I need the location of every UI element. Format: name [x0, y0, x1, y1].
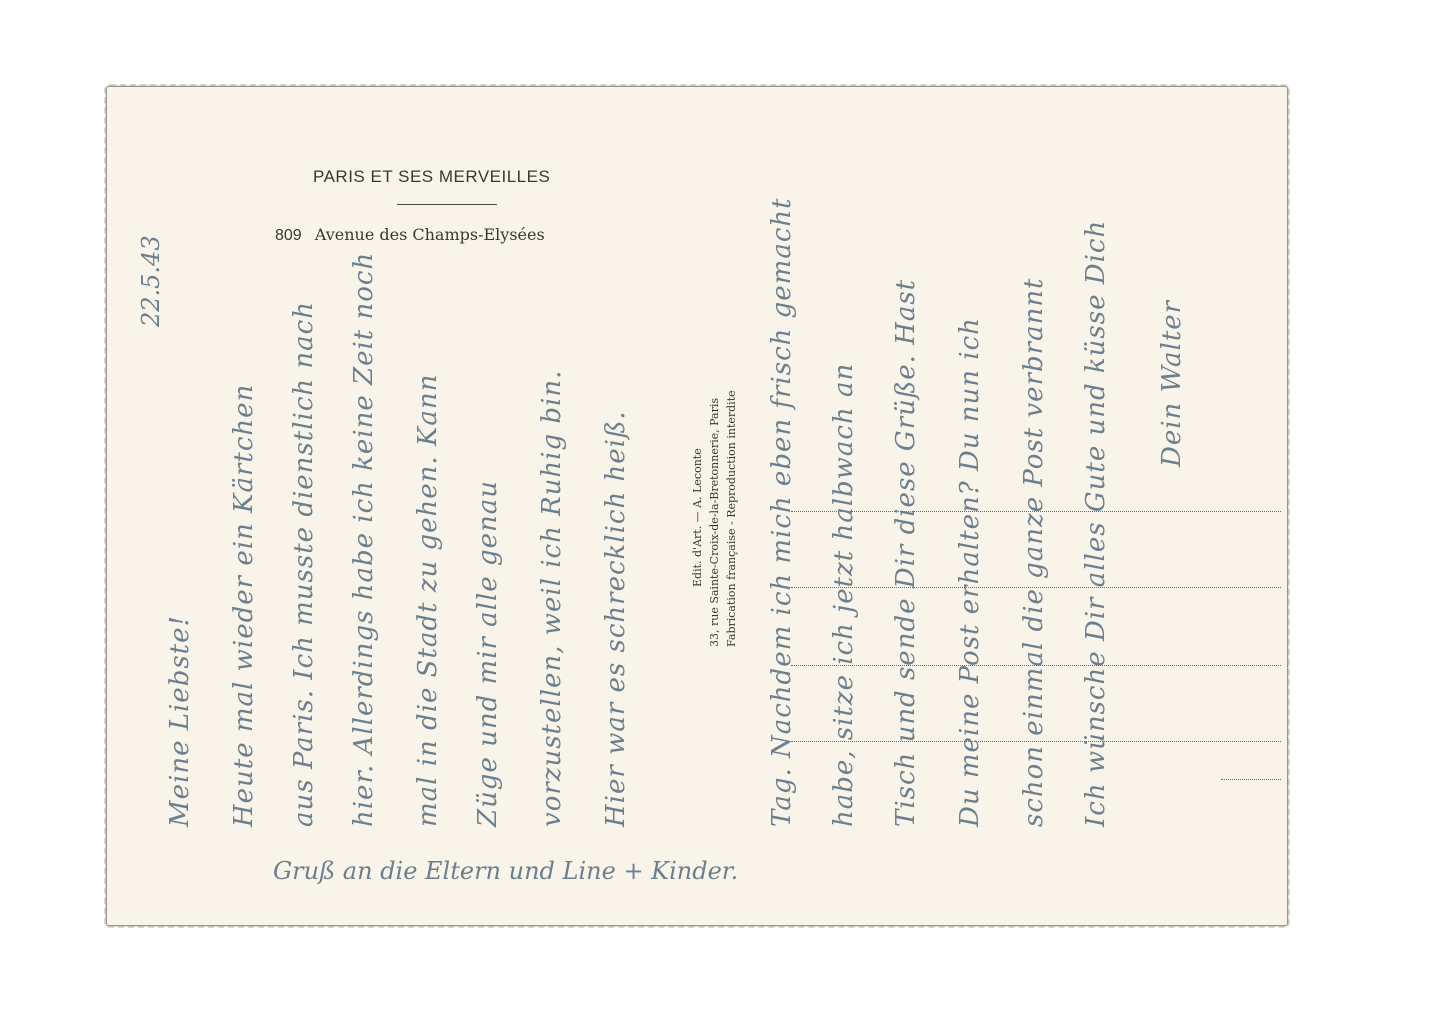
caption-text: Avenue des Champs-Elysées: [315, 225, 545, 244]
handwriting-line: aus Paris. Ich musste dienstlich nach: [289, 301, 319, 827]
handwriting-line: habe, sitze ich jetzt halbwach an: [829, 363, 859, 827]
handwriting-line: mal in die Stadt zu gehen. Kann: [413, 374, 443, 827]
handwriting-line: vorzustellen, weil ich Ruhig bin.: [537, 370, 567, 827]
handwriting-line: Tag. Nachdem ich mich eben frisch gemach…: [767, 197, 797, 827]
address-line: [1221, 779, 1281, 780]
imprint-line-2: 33, rue Sainte-Croix-de-la-Bretonnerie, …: [706, 347, 723, 647]
handwriting-line: Ich wünsche Dir alles Gute und küsse Dic…: [1081, 220, 1111, 827]
handwriting-line: Du meine Post erhalten? Du nun ich: [955, 317, 985, 827]
handwriting-line: Tisch und sende Dir diese Grüße. Hast: [891, 279, 921, 827]
handwriting-line: schon einmal die ganze Post verbrannt: [1019, 277, 1049, 827]
handwriting-line: Meine Liebste!: [165, 615, 195, 827]
caption: 809 Avenue des Champs-Elysées: [275, 225, 545, 245]
card-number: 809: [275, 227, 302, 244]
handwriting-line: hier. Allerdings habe ich keine Zeit noc…: [349, 252, 379, 827]
imprint-line-1: Edit. d'Art. — A. Leconte: [689, 347, 706, 647]
series-title: PARIS ET SES MERVEILLES: [313, 167, 550, 187]
publisher-imprint: Edit. d'Art. — A. Leconte 33, rue Sainte…: [689, 347, 740, 647]
imprint-line-3: Fabrication française - Reproduction int…: [723, 347, 740, 647]
postscript: Gruß an die Eltern und Line + Kinder.: [273, 857, 738, 885]
signature: Dein Walter: [1157, 300, 1187, 467]
handwriting-line: Hier war es schrecklich heiß.: [601, 410, 631, 827]
handwritten-date: 22.5.43: [137, 235, 165, 327]
handwriting-line: Heute mal wieder ein Kärtchen: [229, 384, 259, 827]
handwriting-line: Züge und mir alle genau: [473, 480, 503, 827]
title-divider: [397, 204, 497, 205]
postcard-back: PARIS ET SES MERVEILLES 809 Avenue des C…: [106, 86, 1288, 926]
